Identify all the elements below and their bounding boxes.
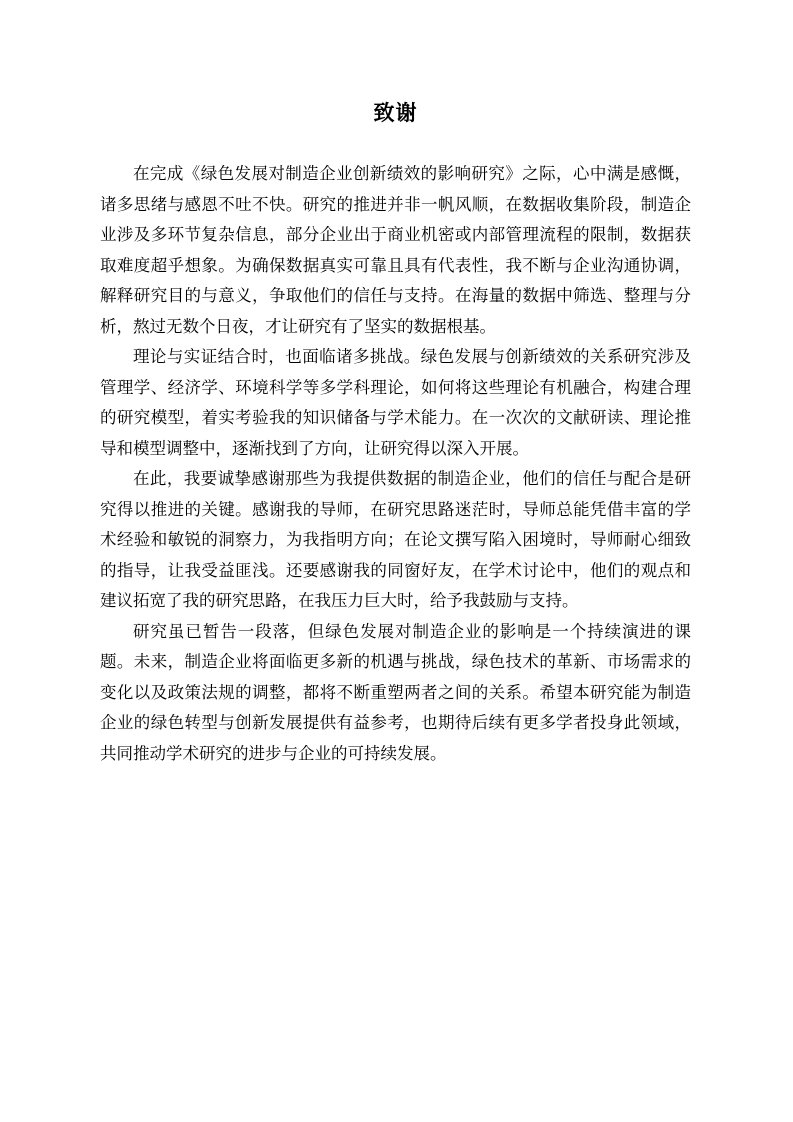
document-page: 致谢 在完成《绿色发展对制造企业创新绩效的影响研究》之际，心中满是感慨，诸多思绪…	[0, 0, 793, 1122]
body-paragraph: 理论与实证结合时，也面临诸多挑战。绿色发展与创新绩效的关系研究涉及管理学、经济学…	[100, 342, 691, 464]
body-paragraph: 研究虽已暂告一段落，但绿色发展对制造企业的影响是一个持续演进的课题。未来，制造企…	[100, 617, 691, 770]
page-title: 致谢	[100, 100, 691, 126]
body-paragraph: 在此，我要诚挚感谢那些为我提供数据的制造企业，他们的信任与配合是研究得以推进的关…	[100, 464, 691, 617]
body-paragraph: 在完成《绿色发展对制造企业创新绩效的影响研究》之际，心中满是感慨，诸多思绪与感恩…	[100, 159, 691, 342]
document-body: 在完成《绿色发展对制造企业创新绩效的影响研究》之际，心中满是感慨，诸多思绪与感恩…	[100, 159, 691, 769]
